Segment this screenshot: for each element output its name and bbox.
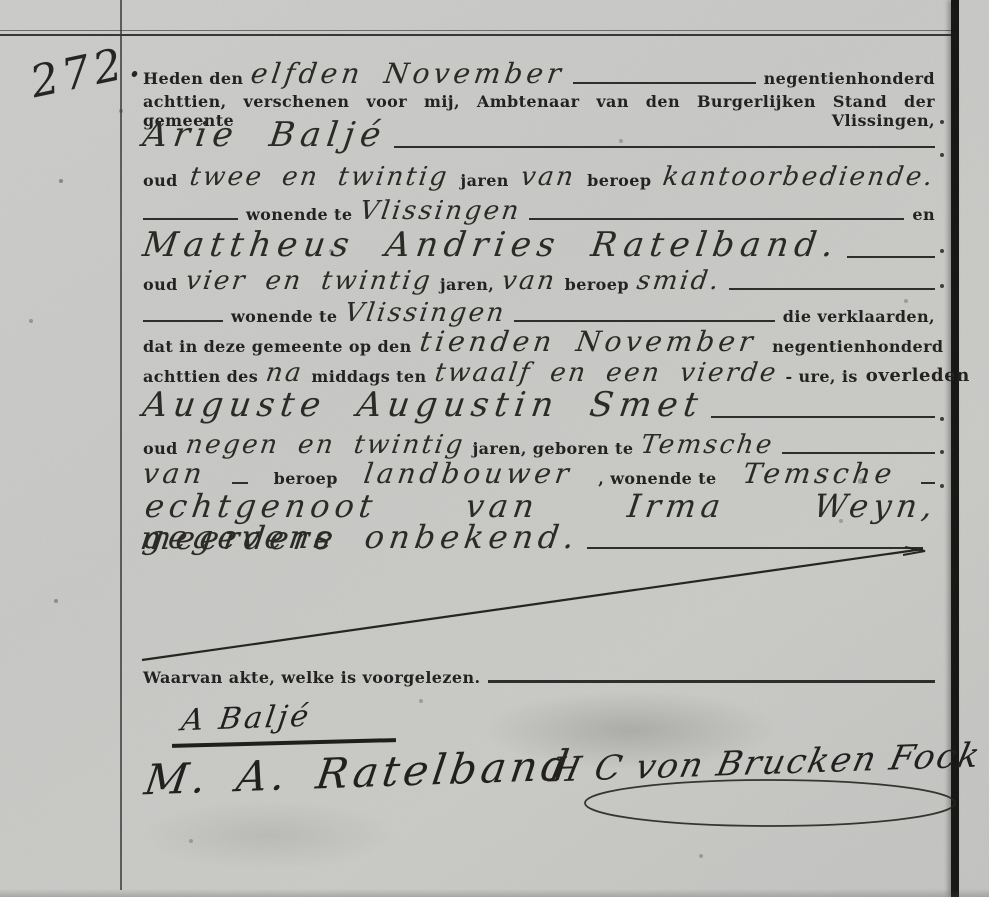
blank-line-rule [529, 218, 904, 220]
handwritten-deceased-residence: Temsche [741, 460, 897, 488]
printed-wonende-te: wonende te [231, 307, 337, 326]
blank-line-rule [394, 146, 935, 148]
blank-line-rule [847, 256, 935, 258]
printed-negentienhonderd: negentienhonderd [772, 337, 943, 356]
handwritten-death-time: twaalf en een vierde [433, 360, 780, 386]
printed-dat-in-deze-gemeente: dat in deze gemeente op den [143, 337, 412, 356]
page-bottom-shadow [0, 889, 989, 897]
line-closing: Waarvan akte, welke is voorgelezen. [143, 668, 935, 687]
line-declarant2-age-occupation: oud vier en twintig jaren, van beroep sm… [143, 268, 935, 294]
line-declarant1-residence: wonende te Vlissingen en [143, 198, 935, 224]
top-rule-thin [0, 30, 956, 31]
death-certificate-scan: 272. Heden den elfden November negentien… [0, 0, 989, 897]
handwritten-van: van [141, 460, 207, 488]
blank-line-rule [573, 82, 756, 84]
printed-oud: oud [143, 171, 178, 190]
line-declarant2-name: Mattheus Andries Ratelband. [143, 228, 935, 262]
handwritten-van: van [500, 268, 558, 294]
top-rule-thick [0, 34, 956, 36]
closing-rule [488, 680, 935, 683]
handwritten-declarant2-age: vier en twintig [184, 268, 434, 294]
blank-line-rule [782, 452, 935, 454]
blank-line-rule [711, 416, 935, 418]
printed-overleden: overleden [866, 365, 970, 386]
printed-wonende-te: , wonende te [598, 469, 716, 488]
handwritten-death-date: tienden November [418, 328, 758, 356]
act-number: 272. [26, 35, 148, 109]
printed-beroep: beroep [274, 469, 338, 488]
printed-en: en [912, 205, 935, 224]
handwritten-remarks: gegevens onbekend. [141, 521, 581, 553]
blank-line-rule [587, 547, 923, 549]
signature-declarant1: A Baljé [180, 702, 314, 736]
printed-oud: oud [143, 439, 178, 458]
handwritten-declarant2-name: Mattheus Andries Ratelband. [141, 228, 842, 262]
ink-bleed-ghost [140, 800, 400, 870]
line-record-date: Heden den elfden November negentienhonde… [143, 60, 935, 88]
line-declarant2-residence: wonende te Vlissingen die verklaarden, [143, 300, 935, 326]
void-diagonal-line [142, 549, 923, 660]
printed-die-verklaarden: die verklaarden, [783, 307, 935, 326]
handwritten-declarant1-name: Arie Baljé [141, 118, 389, 152]
leader-dot [940, 417, 944, 421]
paper-specks [0, 0, 2, 2]
printed-ure-is: - ure, is [785, 367, 857, 386]
signature-declarant2: M. A. Ratelband [142, 745, 576, 802]
line-remarks: gegevens onbekend. [143, 521, 923, 553]
handwritten-record-date: elfden November [250, 60, 567, 88]
line-deceased-occupation-residence: van beroep landbouwer , wonende te Temsc… [143, 460, 935, 488]
leader-dot [940, 484, 944, 488]
printed-achttien-des: achttien des [143, 367, 258, 386]
handwritten-declarant1-occupation: kantoorbediende. [662, 164, 937, 190]
leader-dot [940, 450, 944, 454]
handwritten-deceased-birthplace: Temsche [640, 432, 777, 458]
handwritten-deceased-name: Auguste Augustin Smet [141, 388, 706, 422]
blank-line-rule [232, 482, 248, 484]
printed-jaren: jaren [460, 171, 508, 190]
printed-beroep: beroep [565, 275, 629, 294]
blank-line-rule [143, 320, 223, 322]
leader-dot [940, 249, 944, 253]
printed-jaren-geboren-te: jaren, geboren te [472, 439, 633, 458]
blank-line-rule [143, 218, 238, 220]
printed-heden-den: Heden den [143, 69, 243, 88]
printed-negentienhonderd: negentienhonderd [764, 69, 935, 88]
blank-line-rule [729, 288, 935, 290]
blank-line-rule [921, 482, 935, 484]
line-declarant1-name: Arie Baljé [143, 118, 935, 152]
margin-vertical-rule [120, 0, 122, 890]
line-death-date: dat in deze gemeente op den tienden Nove… [143, 328, 935, 356]
handwritten-na: na [264, 360, 305, 386]
line-death-time: achttien des na middags ten twaalf en ee… [143, 360, 935, 386]
printed-wonende-te: wonende te [246, 205, 352, 224]
handwritten-deceased-occupation: landbouwer [362, 460, 574, 488]
handwritten-declarant1-age: twee en twintig [188, 164, 450, 190]
printed-jaren: jaren, [440, 275, 494, 294]
line-declarant1-age-occupation: oud twee en twintig jaren van beroep kan… [143, 164, 935, 190]
handwritten-van: van [519, 164, 577, 190]
handwritten-declarant2-occupation: smid. [635, 268, 722, 294]
handwritten-declarant1-residence: Vlissingen [359, 198, 524, 224]
handwritten-declarant2-residence: Vlissingen [344, 300, 509, 326]
blank-line-rule [514, 320, 774, 322]
printed-beroep: beroep [587, 171, 651, 190]
leader-dot [940, 153, 944, 157]
line-deceased-name: Auguste Augustin Smet [143, 388, 935, 422]
leader-dot [940, 284, 944, 288]
signature-registrar: H C von Brucken Fock [547, 739, 985, 788]
printed-waarvan-akte: Waarvan akte, welke is voorgelezen. [143, 668, 480, 687]
line-deceased-age-birthplace: oud negen en twintig jaren, geboren te T… [143, 432, 935, 458]
handwritten-deceased-age: negen en twintig [184, 432, 466, 458]
leader-dot [940, 120, 944, 124]
printed-middags-ten: middags ten [311, 367, 426, 386]
signature-declarant1-underline [172, 738, 396, 748]
printed-oud: oud [143, 275, 178, 294]
